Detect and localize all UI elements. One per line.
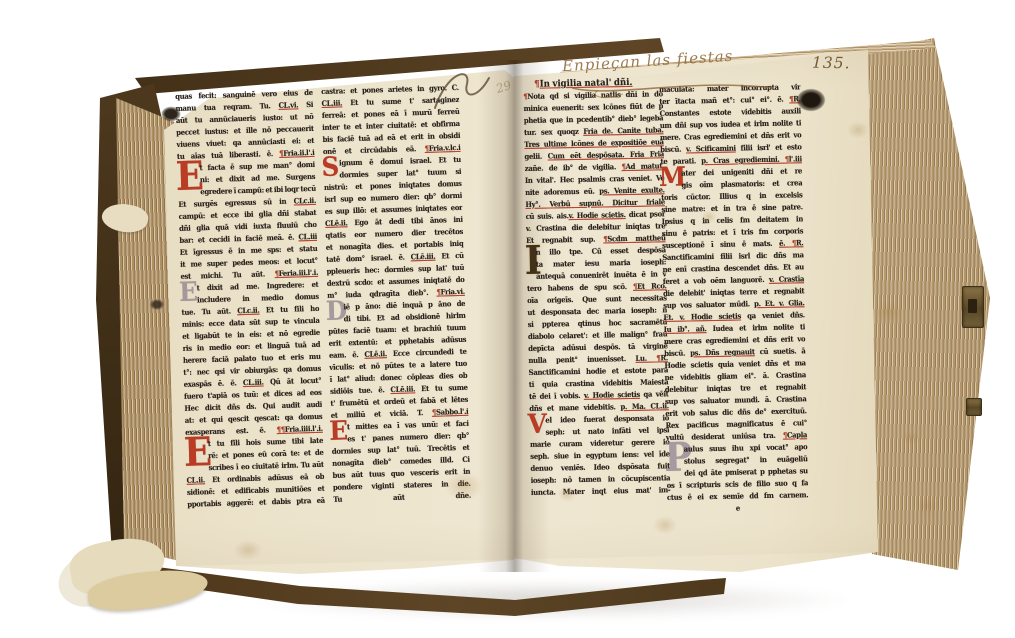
paper-stain — [698, 208, 720, 226]
paper-stain — [438, 466, 490, 506]
text-column-right-1: ¶In vigilia natal' dñi.¶Nota qd si vigil… — [523, 76, 671, 499]
rubric-paragraph-mark: ¶ — [432, 408, 436, 417]
metal-clasp-remnant — [966, 398, 982, 416]
text-column-left-1: quas fecit: sanguinē vero eius demanu tu… — [175, 87, 325, 511]
paper-stain — [912, 494, 942, 518]
paper-stain — [648, 512, 682, 538]
rubric-paragraph-mark: ¶ — [274, 269, 278, 278]
rubric-paragraph-mark: ¶ — [656, 353, 660, 362]
inscription-underline-flourish — [568, 76, 783, 100]
rubric-paragraph-mark: ¶ — [792, 238, 796, 247]
text-column-right-2: maculata: mater incorrupta virter ītacta… — [659, 81, 809, 516]
rubric-paragraph-mark: ¶ — [621, 162, 625, 171]
photograph-of-open-incunabulum: quas fecit: sanguinē vero eius demanu tu… — [0, 0, 1015, 638]
paper-stain — [228, 536, 268, 564]
folio-number: 135. — [812, 54, 851, 73]
rubric-paragraph-mark: ¶ — [436, 288, 440, 297]
rubric-paragraph-mark: ¶ — [281, 425, 285, 434]
paper-stain — [554, 483, 580, 505]
metal-clasp-remnant — [962, 286, 984, 328]
ink-squiggle-mark — [425, 56, 497, 116]
rubric-paragraph-mark: ¶ — [279, 149, 283, 158]
text-column-left-2: castra: et pones arietes in gyro. C.CL.i… — [321, 82, 471, 506]
clasp-slot — [968, 299, 977, 313]
rubric-paragraph-mark: ¶ — [603, 234, 607, 243]
rubric-paragraph-mark: ¶ — [633, 282, 637, 291]
paper-stain — [843, 118, 873, 142]
rubric-paragraph-mark: ¶ — [785, 155, 789, 164]
paper-stain — [868, 296, 910, 328]
rubric-paragraph-mark: ¶ — [783, 431, 787, 440]
rubric-paragraph-mark: ¶ — [523, 92, 527, 101]
paper-stain — [898, 428, 924, 448]
rubric-paragraph-mark: ¶ — [425, 144, 429, 153]
